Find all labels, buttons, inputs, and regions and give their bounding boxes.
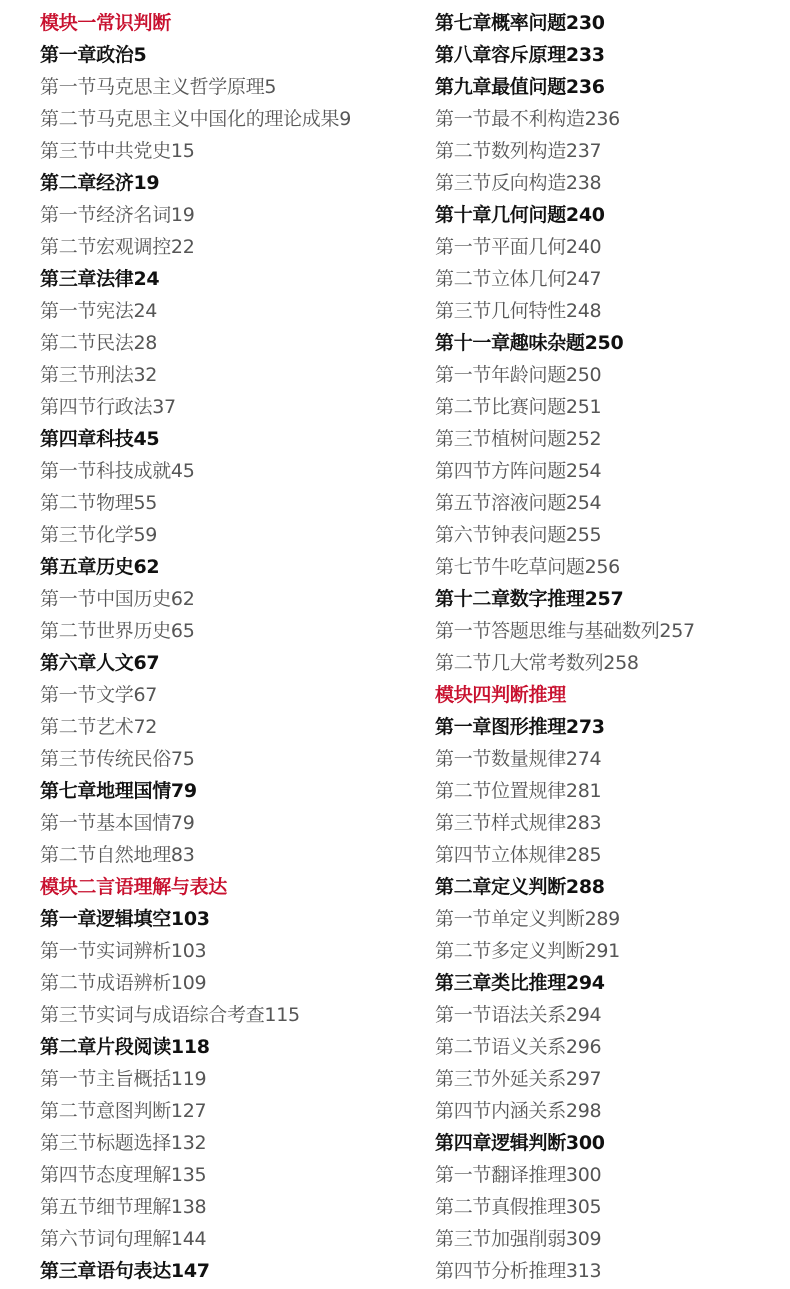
toc-chapter-entry: 第七章概率问题230 [435,7,695,39]
toc-chapter-entry: 第六章人文67 [40,647,351,679]
toc-section-entry: 第二节民法28 [40,327,351,359]
toc-section-entry: 第三节样式规律283 [435,807,695,839]
toc-section-entry: 第二节位置规律281 [435,775,695,807]
toc-section-entry: 第四节分析推理313 [435,1255,695,1287]
toc-section-entry: 第四节立体规律285 [435,839,695,871]
toc-section-entry: 第三节传统民俗75 [40,743,351,775]
toc-section-entry: 第二节真假推理305 [435,1191,695,1223]
toc-section-entry: 第一节最不利构造236 [435,103,695,135]
toc-section-entry: 第五节溶液问题254 [435,487,695,519]
toc-section-entry: 第一节语法关系294 [435,999,695,1031]
toc-section-entry: 第一节宪法24 [40,295,351,327]
toc-section-entry: 第一节答题思维与基础数列257 [435,615,695,647]
toc-section-entry: 第二节多定义判断291 [435,935,695,967]
toc-section-entry: 第一节实词辨析103 [40,935,351,967]
toc-section-entry: 第二节物理55 [40,487,351,519]
toc-chapter-entry: 第一章逻辑填空103 [40,903,351,935]
toc-section-entry: 第二节比赛问题251 [435,391,695,423]
toc-module-entry: 模块二言语理解与表达 [40,871,351,903]
toc-section-entry: 第二节宏观调控22 [40,231,351,263]
toc-section-entry: 第一节科技成就45 [40,455,351,487]
toc-section-entry: 第二节数列构造237 [435,135,695,167]
toc-section-entry: 第三节中共党史15 [40,135,351,167]
toc-section-entry: 第一节单定义判断289 [435,903,695,935]
toc-section-entry: 第七节牛吃草问题256 [435,551,695,583]
toc-section-entry: 第三节实词与成语综合考查115 [40,999,351,1031]
toc-chapter-entry: 第二章经济19 [40,167,351,199]
toc-module-entry: 模块一常识判断 [40,7,351,39]
toc-section-entry: 第二节成语辨析109 [40,967,351,999]
toc-section-entry: 第二节立体几何247 [435,263,695,295]
toc-section-entry: 第六节词句理解144 [40,1223,351,1255]
toc-column-left: 模块一常识判断第一章政治5第一节马克思主义哲学原理5第二节马克思主义中国化的理论… [40,7,351,1287]
toc-chapter-entry: 第一章图形推理273 [435,711,695,743]
toc-section-entry: 第一节翻译推理300 [435,1159,695,1191]
toc-section-entry: 第二节马克思主义中国化的理论成果9 [40,103,351,135]
toc-chapter-entry: 第三章语句表达147 [40,1255,351,1287]
toc-chapter-entry: 第三章类比推理294 [435,967,695,999]
toc-chapter-entry: 第十章几何问题240 [435,199,695,231]
toc-column-right: 第七章概率问题230第八章容斥原理233第九章最值问题236第一节最不利构造23… [435,7,695,1287]
toc-section-entry: 第五节细节理解138 [40,1191,351,1223]
toc-module-entry: 模块四判断推理 [435,679,695,711]
toc-chapter-entry: 第二章定义判断288 [435,871,695,903]
toc-section-entry: 第四节态度理解135 [40,1159,351,1191]
toc-section-entry: 第一节数量规律274 [435,743,695,775]
toc-chapter-entry: 第四章逻辑判断300 [435,1127,695,1159]
toc-section-entry: 第三节植树问题252 [435,423,695,455]
toc-chapter-entry: 第九章最值问题236 [435,71,695,103]
toc-section-entry: 第二节语义关系296 [435,1031,695,1063]
toc-section-entry: 第一节基本国情79 [40,807,351,839]
toc-section-entry: 第一节平面几何240 [435,231,695,263]
toc-section-entry: 第二节世界历史65 [40,615,351,647]
toc-section-entry: 第一节主旨概括119 [40,1063,351,1095]
toc-section-entry: 第四节行政法37 [40,391,351,423]
toc-chapter-entry: 第二章片段阅读118 [40,1031,351,1063]
toc-section-entry: 第二节几大常考数列258 [435,647,695,679]
toc-chapter-entry: 第十一章趣味杂题250 [435,327,695,359]
toc-chapter-entry: 第七章地理国情79 [40,775,351,807]
toc-section-entry: 第三节几何特性248 [435,295,695,327]
toc-section-entry: 第六节钟表问题255 [435,519,695,551]
toc-chapter-entry: 第八章容斥原理233 [435,39,695,71]
toc-section-entry: 第二节自然地理83 [40,839,351,871]
toc-section-entry: 第三节化学59 [40,519,351,551]
toc-chapter-entry: 第十二章数字推理257 [435,583,695,615]
toc-chapter-entry: 第一章政治5 [40,39,351,71]
toc-section-entry: 第四节方阵问题254 [435,455,695,487]
toc-section-entry: 第一节年龄问题250 [435,359,695,391]
toc-section-entry: 第二节艺术72 [40,711,351,743]
toc-chapter-entry: 第四章科技45 [40,423,351,455]
toc-chapter-entry: 第五章历史62 [40,551,351,583]
toc-section-entry: 第三节加强削弱309 [435,1223,695,1255]
toc-section-entry: 第三节外延关系297 [435,1063,695,1095]
toc-section-entry: 第三节刑法32 [40,359,351,391]
toc-chapter-entry: 第三章法律24 [40,263,351,295]
toc-section-entry: 第三节标题选择132 [40,1127,351,1159]
toc-section-entry: 第二节意图判断127 [40,1095,351,1127]
toc-section-entry: 第一节经济名词19 [40,199,351,231]
toc-section-entry: 第一节中国历史62 [40,583,351,615]
toc-section-entry: 第三节反向构造238 [435,167,695,199]
toc-section-entry: 第一节马克思主义哲学原理5 [40,71,351,103]
toc-section-entry: 第四节内涵关系298 [435,1095,695,1127]
toc-section-entry: 第一节文学67 [40,679,351,711]
